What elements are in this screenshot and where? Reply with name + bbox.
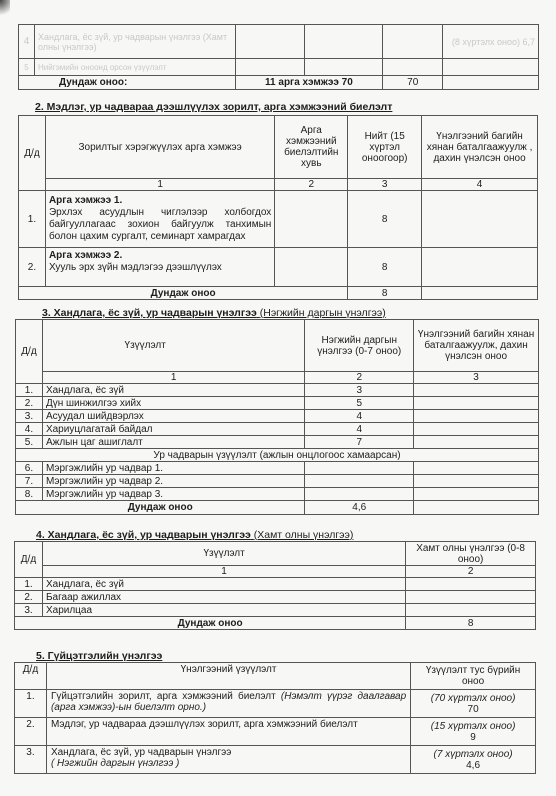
- measure-title: Арга хэмжээ 2.: [49, 250, 271, 262]
- row-verified-score: [414, 462, 539, 475]
- col-number: 4: [422, 179, 538, 191]
- row-manager-score: 3: [305, 384, 414, 397]
- row-number: 2.: [15, 591, 43, 604]
- row-number: 4: [19, 25, 35, 59]
- header-no: Д/д: [15, 663, 47, 690]
- measure-verified: [422, 191, 538, 248]
- summary-row: Дундаж оноо 8: [15, 617, 536, 630]
- table-row: 3. Асуудал шийдвэрлэх 4: [16, 410, 539, 423]
- section-4-subtitle: (Хамт олны үнэлгээ): [254, 529, 354, 541]
- row-indicator: Хандлага, ёс зүй: [42, 384, 304, 397]
- row-team-score: [406, 591, 536, 604]
- measure-completion: [275, 191, 348, 248]
- col-number: 3: [414, 372, 539, 384]
- summary-row: Дундаж оноо: 11 арга хэмжээ 70 70: [19, 76, 539, 90]
- header-measure: Зорилтыг хэрэгжүүлэх арга хэмжээ: [45, 116, 274, 179]
- row-verified-score: [414, 410, 539, 423]
- header-verified: Үнэлгээний багийн хянан баталгаажуулж , …: [422, 116, 538, 179]
- table-row: 7. Мэргэжлийн ур чадвар 2.: [16, 475, 539, 488]
- row-manager-score: [305, 488, 414, 501]
- row-indicator: Мэргэжлийн ур чадвар 1.: [42, 462, 304, 475]
- scan-edge-shadow: [0, 0, 10, 18]
- section-3-subtitle: (Нэгжийн даргын үнэлгээ): [260, 307, 386, 319]
- header-total: Нийт (15 хүртэл оноогоор): [348, 116, 422, 179]
- header-no: Д/д: [16, 320, 43, 384]
- row-number: 4.: [16, 423, 43, 436]
- table-row: 2. Мэдлэг, ур чадвараа дээшлүүлэх зорилт…: [15, 718, 536, 746]
- section-3-title: 3. Хандлага, ёс зүй, ур чадварын үнэлгээ…: [42, 307, 386, 319]
- header-indicator: Үнэлгээний үзүүлэлт: [46, 663, 410, 690]
- row-indicator: Багаар ажиллах: [42, 591, 405, 604]
- col-number: 1: [45, 179, 274, 191]
- summary-label: Дундаж оноо: [16, 501, 305, 515]
- section-5-title: 5. Гүйцэтгэлийн үнэлгээ: [36, 650, 162, 662]
- measure-total: 8: [348, 248, 422, 287]
- row-manager-score: 4: [305, 423, 414, 436]
- summary-score: 70: [383, 76, 443, 90]
- measure-verified: [422, 248, 538, 287]
- table-row: 2. Арга хэмжээ 2. Хууль эрх зүйн мэдлэгэ…: [19, 248, 538, 287]
- row-verified-score: [414, 423, 539, 436]
- header-no: Д/д: [15, 542, 43, 578]
- row-number: 6.: [16, 462, 43, 475]
- skills-subheading: Ур чадварын үзүүлэлт (ажлын онцлогоос ха…: [16, 449, 539, 462]
- table-row: 6. Мэргэжлийн ур чадвар 1.: [16, 462, 539, 475]
- row-manager-score: 5: [305, 397, 414, 410]
- col-number: 2: [275, 179, 348, 191]
- table-row: 4. Хариуцлагатай байдал 4: [16, 423, 539, 436]
- summary-verified: [422, 287, 538, 300]
- row-number: 3.: [15, 746, 47, 774]
- summary-measures: 11 арга хэмжээ 70: [235, 76, 383, 90]
- row-number: 1.: [16, 384, 43, 397]
- row-team-score: [406, 604, 536, 617]
- row-number: 5: [19, 59, 35, 76]
- row-score: 4,6: [415, 760, 531, 771]
- section-4-table: Д/д Үзүүлэлт Хамт олны үнэлгээ (0-8 оноо…: [14, 541, 536, 630]
- table-row: 5 Нийгэмийн оноонд орсон үзүүлэлт: [19, 59, 539, 76]
- table-row: 2. Дүн шинжилгээ хийх 5: [16, 397, 539, 410]
- row-manager-score: 7: [305, 436, 414, 449]
- section-3-table: Д/д Үзүүлэлт Нэгжийн даргын үнэлгээ (0-7…: [15, 319, 539, 515]
- table-row: 1. Хандлага, ёс зүй 3: [16, 384, 539, 397]
- row-number: 3.: [15, 604, 43, 617]
- row-indicator: Хандлага, ёс зүй: [42, 578, 405, 591]
- header-team: Хамт олны үнэлгээ (0-8 оноо): [406, 542, 536, 566]
- header-score: Үзүүлэлт тус бүрийн оноо: [411, 663, 536, 690]
- row-score: (8 хүртэлх оноо) 6,7: [443, 25, 539, 59]
- section-2-title: 2. Мэдлэг, ур чадвараа дээшлүүлэх зорилт…: [35, 101, 392, 113]
- col-number: 1: [42, 372, 304, 384]
- row-indicator: Асуудал шийдвэрлэх: [42, 410, 304, 423]
- header-indicator: Үзүүлэлт: [42, 542, 405, 566]
- row-number: 2.: [19, 248, 46, 287]
- row-max: (15 хүртэлх оноо): [415, 721, 531, 732]
- section-5-table: Д/д Үнэлгээний үзүүлэлт Үзүүлэлт тус бүр…: [14, 662, 536, 774]
- summary-row: Дундаж оноо 8: [19, 287, 538, 300]
- row-score: 70: [415, 704, 531, 715]
- table-row: 3. Хандлага, ёс зүй, ур чадварын үнэлгээ…: [15, 746, 536, 774]
- summary-row: Дундаж оноо 4,6: [16, 501, 539, 515]
- row-indicator: Харилцаа: [42, 604, 405, 617]
- measure-text: Эрхлэх асуудлын чиглэлээр холбогдох байг…: [49, 207, 271, 243]
- row-number: 1.: [15, 690, 47, 718]
- row-number: 7.: [16, 475, 43, 488]
- table-row: 5. Ажлын цаг ашиглалт 7: [16, 436, 539, 449]
- previous-table-fragment: 4 Хандлага, ёс зүй, ур чадварын үнэлгээ …: [18, 24, 539, 90]
- row-max: (7 хүртэлх оноо): [415, 749, 531, 760]
- row-score: 9: [415, 732, 531, 743]
- row-verified-score: [414, 488, 539, 501]
- row-indicator: Хариуцлагатай байдал: [42, 423, 304, 436]
- section-2-table: Д/д Зорилтыг хэрэгжүүлэх арга хэмжээ Арг…: [18, 115, 538, 300]
- row-number: 8.: [16, 488, 43, 501]
- row-number: 1.: [15, 578, 43, 591]
- row-max: (70 хүртэлх оноо): [415, 693, 531, 704]
- summary-verified: [443, 76, 539, 90]
- row-number: 2.: [15, 718, 47, 746]
- header-verified: Үнэлгээний багийн хянан баталгаажуулж, д…: [414, 320, 539, 372]
- col-number: 3: [348, 179, 422, 191]
- summary-label: Дундаж оноо:: [19, 76, 236, 90]
- row-text: Мэдлэг, ур чадвараа дээшлүүлэх зорилт, а…: [51, 719, 358, 730]
- header-completion: Арга хэмжээний биелэлтийн хувь: [275, 116, 348, 179]
- row-indicator: Мэргэжлийн ур чадвар 3.: [42, 488, 304, 501]
- row-team-score: [406, 578, 536, 591]
- row-indicator: Мэргэжлийн ур чадвар 2.: [42, 475, 304, 488]
- summary-verified: [414, 501, 539, 515]
- section-4-title: 4. Хандлага, ёс зүй, ур чадварын үнэлгээ…: [36, 529, 353, 541]
- measure-completion: [275, 248, 348, 287]
- row-manager-score: 4: [305, 410, 414, 423]
- row-number: 3.: [16, 410, 43, 423]
- summary-manager: 4,6: [305, 501, 414, 515]
- col-number: 2: [406, 566, 536, 578]
- summary-label: Дундаж оноо: [15, 617, 406, 630]
- header-no: Д/д: [19, 116, 46, 191]
- row-manager-score: [305, 462, 414, 475]
- measure-text: Хууль эрх зүйн мэдлэгээ дээшлүүлэх: [49, 262, 271, 274]
- table-row: 1. Гүйцэтгэлийн зорилт, арга хэмжээний б…: [15, 690, 536, 718]
- table-row: 3. Харилцаа: [15, 604, 536, 617]
- row-number: 2.: [16, 397, 43, 410]
- header-manager: Нэгжийн даргын үнэлгээ (0-7 оноо): [305, 320, 414, 372]
- row-number: 5.: [16, 436, 43, 449]
- row-indicator: Дүн шинжилгээ хийх: [42, 397, 304, 410]
- row-text: Гүйцэтгэлийн зорилт, арга хэмжээний биел…: [51, 691, 276, 702]
- summary-total: 8: [348, 287, 422, 300]
- summary-team: 8: [406, 617, 536, 630]
- row-indicator: Ажлын цаг ашиглалт: [42, 436, 304, 449]
- table-row: 1. Арга хэмжээ 1. Эрхлэх асуудлын чиглэл…: [19, 191, 538, 248]
- row-verified-score: [414, 475, 539, 488]
- row-text: Хандлага, ёс зүй, ур чадварын үнэлгээ (Х…: [34, 25, 235, 59]
- table-row: 1. Хандлага, ёс зүй: [15, 578, 536, 591]
- row-text: Нийгэмийн оноонд орсон үзүүлэлт: [34, 59, 235, 76]
- row-note: ( Нэгжийн даргын үнэлгээ ): [51, 758, 406, 769]
- header-indicator: Үзүүлэлт: [42, 320, 304, 372]
- row-verified-score: [414, 397, 539, 410]
- table-row: 8. Мэргэжлийн ур чадвар 3.: [16, 488, 539, 501]
- measure-total: 8: [348, 191, 422, 248]
- col-number: 2: [305, 372, 414, 384]
- row-text: Хандлага, ёс зүй, ур чадварын үнэлгээ: [51, 747, 406, 758]
- summary-label: Дундаж оноо: [19, 287, 348, 300]
- row-manager-score: [305, 475, 414, 488]
- row-verified-score: [414, 436, 539, 449]
- measure-title: Арга хэмжээ 1.: [49, 195, 271, 207]
- row-verified-score: [414, 384, 539, 397]
- col-number: 1: [42, 566, 405, 578]
- table-row: 4 Хандлага, ёс зүй, ур чадварын үнэлгээ …: [19, 25, 539, 59]
- row-number: 1.: [19, 191, 46, 248]
- table-row: 2. Багаар ажиллах: [15, 591, 536, 604]
